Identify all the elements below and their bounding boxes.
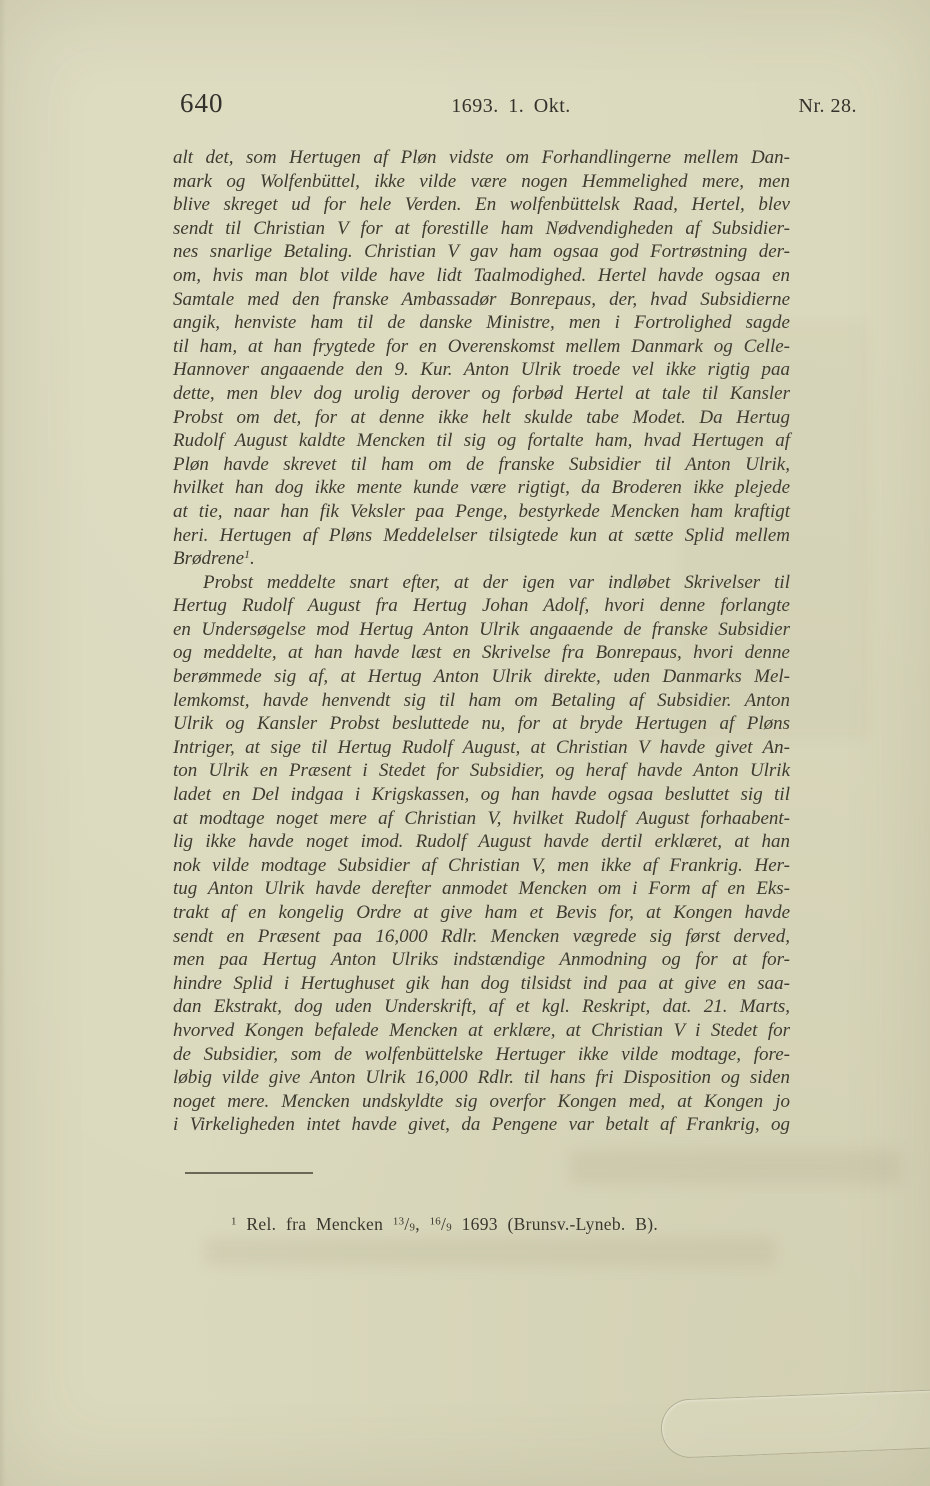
text-line: noget mere. Mencken undskyldte sig overf… <box>173 1090 790 1114</box>
text-line: mark og Wolfenbüttel, ikke vilde være no… <box>173 170 790 194</box>
text-line: sendt en Præsent paa 16,000 Rdlr. Mencke… <box>173 925 790 949</box>
text-line: sendt til Christian V for at forestille … <box>173 217 790 241</box>
footnote-separator <box>185 1172 313 1174</box>
page-number: 640 <box>180 88 224 119</box>
show-through-smudge <box>205 1238 775 1266</box>
header-doc-number: Nr. 28. <box>799 95 858 118</box>
text-line: de Subsidier, som de wolfenbüttelske Her… <box>173 1043 790 1067</box>
text-line: at modtage noget mere af Christian V, hv… <box>173 807 790 831</box>
text-line: ladet en Del indgaa i Krigskassen, og ha… <box>173 783 790 807</box>
show-through-smudge <box>680 320 870 740</box>
text-line: i Virkeligheden intet havde givet, da Pe… <box>173 1113 790 1137</box>
text-line: blive skreget ud for hele Verden. En wol… <box>173 193 790 217</box>
text-line: om, hvis man blot vilde have lidt Taalmo… <box>173 264 790 288</box>
text-line: lig ikke havde noget imod. Rudolf August… <box>173 830 790 854</box>
show-through-smudge <box>570 1150 900 1184</box>
text-line: ton Ulrik en Præsent i Stedet for Subsid… <box>173 759 790 783</box>
text-line: tug Anton Ulrik havde derefter anmodet M… <box>173 877 790 901</box>
text-line: nes snarlige Betaling. Christian V gav h… <box>173 240 790 264</box>
text-line: nok vilde modtage Subsidier af Christian… <box>173 854 790 878</box>
text-line: dan Ekstrakt, dog uden Underskrift, af e… <box>173 995 790 1019</box>
text-line: løbig vilde give Anton Ulrik 16,000 Rdlr… <box>173 1066 790 1090</box>
header-date: 1693. 1. Okt. <box>224 95 799 118</box>
footnote: 1 Rel. fra Mencken 13/9, 16/9 1693 (Brun… <box>173 1212 813 1236</box>
embossed-stamp <box>660 1387 930 1459</box>
page-header: 640 1693. 1. Okt. Nr. 28. <box>180 88 857 119</box>
text-line: hindre Splid i Hertughuset gik han dog t… <box>173 972 790 996</box>
text-line: Samtale med den franske Ambassadør Bonre… <box>173 288 790 312</box>
book-page: 640 1693. 1. Okt. Nr. 28. alt det, som H… <box>0 0 930 1486</box>
text-line: alt det, som Hertugen af Pløn vidste om … <box>173 146 790 170</box>
text-line: hvorved Kongen befalede Mencken at erklæ… <box>173 1019 790 1043</box>
text-line: trakt af en kongelig Ordre at give ham e… <box>173 901 790 925</box>
text-line: men paa Hertug Anton Ulriks indstændige … <box>173 948 790 972</box>
